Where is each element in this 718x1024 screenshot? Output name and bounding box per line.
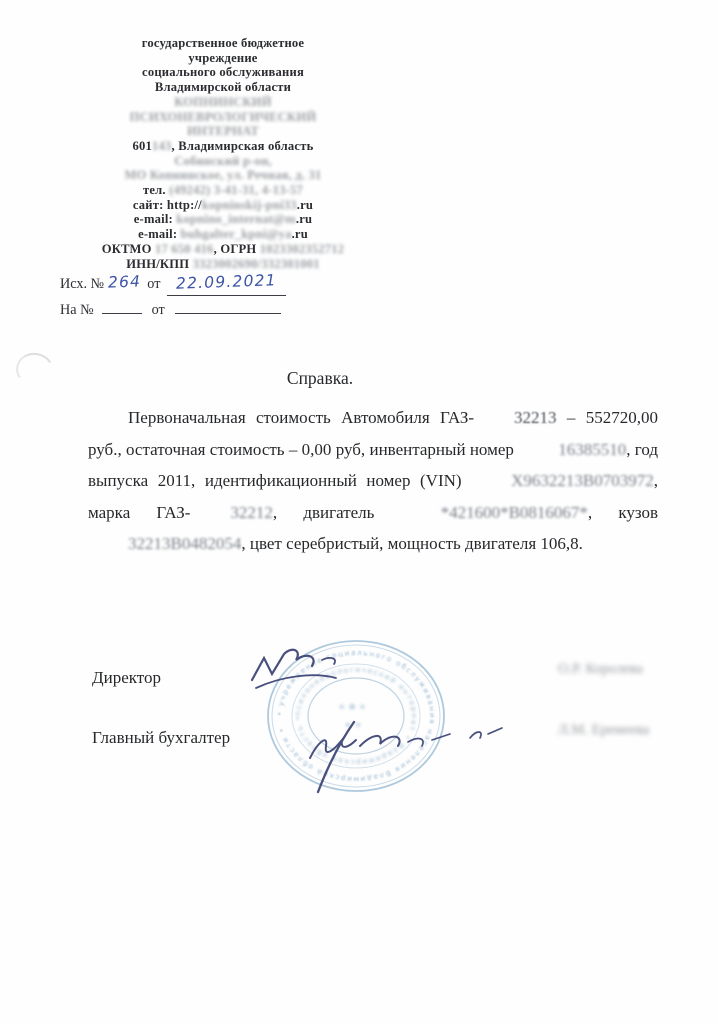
phone-label: тел. bbox=[143, 183, 169, 197]
outgoing-date-underline: 22.09.2021 bbox=[167, 274, 286, 296]
body-seg-5: , двигатель bbox=[273, 503, 401, 522]
outgoing-ref-row: Исх. №264от22.09.2021 bbox=[60, 274, 286, 296]
zip-prefix: 601 bbox=[133, 139, 153, 153]
email-line-2: e-mail: buhgalter_kpni@ya.ru bbox=[56, 227, 390, 242]
email2-label: e-mail: bbox=[138, 227, 181, 241]
ogrn-redacted: 1023302352712 bbox=[260, 242, 344, 257]
email2-redacted: buhgalter_kpni@ya bbox=[181, 227, 292, 242]
document-title: Справка. bbox=[0, 368, 640, 389]
oktmo-redacted: 17 650 416 bbox=[155, 242, 214, 257]
email-line-1: e-mail: kopnino_internat@m.ru bbox=[56, 212, 390, 227]
site-prefix: сайт: http:// bbox=[133, 198, 202, 212]
stamp-and-signatures-graphic: • учреждение социального обслуживания на… bbox=[226, 630, 518, 805]
org-line-4: Владимирской области bbox=[56, 80, 390, 95]
incoming-number-blank bbox=[102, 301, 142, 314]
car-model-1: 32213 bbox=[474, 402, 557, 434]
director-name-redacted: О.Р. Королева bbox=[558, 661, 668, 678]
email1-suffix: .ru bbox=[296, 212, 312, 226]
email1-label: e-mail: bbox=[134, 212, 177, 226]
round-stamp: • учреждение социального обслуживания на… bbox=[268, 641, 444, 791]
ogrn-label: , ОГРН bbox=[214, 242, 260, 256]
outgoing-date-handwritten: 22.09.2021 bbox=[176, 271, 277, 293]
inn-redacted: 3323002690/332301001 bbox=[193, 257, 320, 272]
incoming-label: На № bbox=[60, 302, 94, 318]
accountant-name-redacted: Л.М. Еремеева bbox=[558, 722, 668, 739]
phone-line: тел. (49242) 3-41-31, 4-13-57 bbox=[56, 183, 390, 198]
outgoing-from-label: от bbox=[147, 276, 160, 292]
zip-line: 601143, Владимирская область bbox=[56, 139, 390, 154]
phone-redacted: (49242) 3-41-31, 4-13-57 bbox=[169, 183, 303, 198]
oktmo-label: ОКТМО bbox=[102, 242, 155, 256]
site-redacted: kopninskij-pni33 bbox=[202, 198, 297, 213]
body-seg-6: , кузов bbox=[588, 503, 662, 522]
org-line-1: государственное бюджетное bbox=[56, 36, 390, 51]
director-role-label: Директор bbox=[92, 668, 161, 688]
zip-redacted: 143 bbox=[152, 139, 172, 154]
letterhead: государственное бюджетное учреждение соц… bbox=[56, 36, 390, 271]
district-line: Собинский р-он, bbox=[56, 154, 390, 169]
org-line-2: учреждение bbox=[56, 51, 390, 66]
inn-label: ИНН/КПП bbox=[126, 257, 192, 271]
zip-suffix: , Владимирская область bbox=[172, 139, 314, 153]
accountant-role-label: Главный бухгалтер bbox=[92, 728, 230, 748]
car-model-2-redacted: 32212 bbox=[190, 497, 273, 529]
incoming-ref-row: На №от bbox=[60, 301, 281, 319]
inventory-number-redacted: 16385510 bbox=[518, 434, 626, 466]
outgoing-number-handwritten: 264 bbox=[108, 272, 142, 291]
website-line: сайт: http://kopninskij-pni33.ru bbox=[56, 198, 390, 213]
engine-number-redacted: *421600*B0816067* bbox=[401, 497, 588, 529]
oktmo-ogrn-line: ОКТМО 17 650 416, ОГРН 1023302352712 bbox=[56, 242, 390, 257]
svg-text:психоневрологический интернат: психоневрологический интернат • Владимир… bbox=[293, 665, 419, 767]
stamp-inner-ring-text: психоневрологический интернат • Владимир… bbox=[293, 665, 419, 767]
incoming-from-label: от bbox=[152, 302, 165, 318]
org-name-redacted-2: ПСИХОНЕВРОЛОГИЧЕСКИЙ bbox=[56, 110, 390, 125]
org-line-3: социального обслуживания bbox=[56, 65, 390, 80]
email2-suffix: .ru bbox=[292, 227, 308, 241]
body-paragraph: Первоначальная стоимость Автомобиля ГАЗ-… bbox=[88, 402, 658, 560]
email1-redacted: kopnino_internat@m bbox=[176, 212, 296, 227]
outgoing-label: Исх. № bbox=[60, 276, 104, 292]
body-seg-7: , цвет серебристый, мощность двигателя 1… bbox=[241, 534, 583, 553]
incoming-date-blank bbox=[175, 301, 281, 314]
document-page: государственное бюджетное учреждение соц… bbox=[0, 0, 718, 1024]
body-number-redacted: 32213B0482054 bbox=[88, 528, 241, 560]
address-line: МО Копнинское, ул. Речная, д. 31 bbox=[56, 168, 390, 183]
stamp-center-mark: ✳ ❋ ✳ bbox=[338, 703, 367, 713]
body-seg-1: Первоначальная стоимость Автомобиля ГАЗ- bbox=[128, 408, 474, 427]
vin-redacted: X9632213B0703972 bbox=[471, 465, 654, 497]
org-name-redacted-1: КОПНИНСКИЙ bbox=[56, 95, 390, 110]
inn-kpp-line: ИНН/КПП 3323002690/332301001 bbox=[56, 257, 390, 272]
site-suffix: .ru bbox=[297, 198, 313, 212]
org-name-redacted-3: ИНТЕРНАТ bbox=[56, 124, 390, 139]
